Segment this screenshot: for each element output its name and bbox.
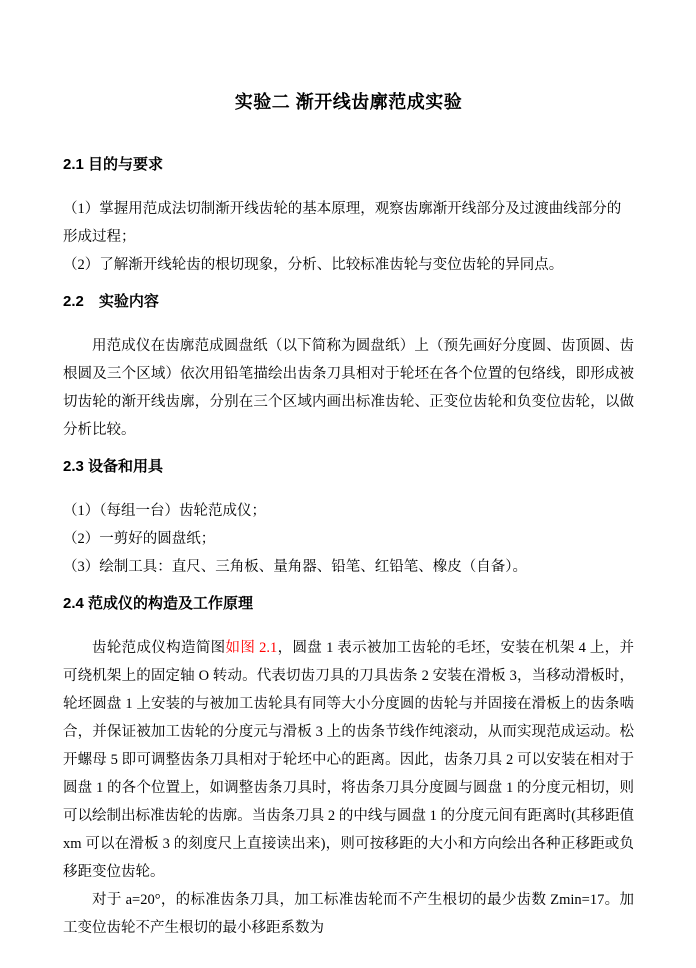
construction-paragraph-2: 对于 a=20°，的标准齿条刀具，加工标准齿轮而不产生根切的最少齿数 Zmin=… <box>63 886 634 942</box>
equipment-item-2: （2）一剪好的圆盘纸； <box>63 525 634 553</box>
section-equipment: 2.3 设备和用具 （1）（每组一台）齿轮范成仪； （2）一剪好的圆盘纸； （3… <box>63 458 634 581</box>
section-heading-objectives: 2.1 目的与要求 <box>63 156 634 173</box>
objectives-item-2: （2）了解渐开线轮齿的根切现象，分析、比较标准齿轮与变位齿轮的异同点。 <box>63 251 634 279</box>
objectives-item-1: （1）掌握用范成法切制渐开线齿轮的基本原理，观察齿廓渐开线部分及过渡曲线部分的形… <box>63 195 634 251</box>
construction-text-before-ref: 齿轮范成仪构造简图 <box>92 640 226 656</box>
section-heading-equipment: 2.3 设备和用具 <box>63 458 634 475</box>
construction-paragraph-1: 齿轮范成仪构造简图如图 2.1，圆盘 1 表示被加工齿轮的毛坯，安装在机架 4 … <box>63 634 634 886</box>
section-experiment-content: 2.2 实验内容 用范成仪在齿廓范成圆盘纸（以下简称为圆盘纸）上（预先画好分度圆… <box>63 293 634 444</box>
experiment-content-paragraph: 用范成仪在齿廓范成圆盘纸（以下简称为圆盘纸）上（预先画好分度圆、齿顶圆、齿根圆及… <box>63 332 634 444</box>
equipment-item-1: （1）（每组一台）齿轮范成仪； <box>63 497 634 525</box>
document-title: 实验二 渐开线齿廓范成实验 <box>63 92 634 112</box>
construction-text-after-ref: ，圆盘 1 表示被加工齿轮的毛坯，安装在机架 4 上，并可绕机架上的固定轴 O … <box>63 640 638 880</box>
figure-2-1-reference-link[interactable]: 如图 2.1 <box>226 640 278 656</box>
section-heading-experiment-content: 2.2 实验内容 <box>63 293 634 310</box>
section-objectives: 2.1 目的与要求 （1）掌握用范成法切制渐开线齿轮的基本原理，观察齿廓渐开线部… <box>63 156 634 279</box>
section-construction-principle: 2.4 范成仪的构造及工作原理 齿轮范成仪构造简图如图 2.1，圆盘 1 表示被… <box>63 595 634 942</box>
equipment-item-3: （3）绘制工具：直尺、三角板、量角器、铅笔、红铅笔、橡皮（自备）。 <box>63 553 634 581</box>
section-heading-construction-principle: 2.4 范成仪的构造及工作原理 <box>63 595 634 612</box>
document-page: 实验二 渐开线齿廓范成实验 2.1 目的与要求 （1）掌握用范成法切制渐开线齿轮… <box>0 0 696 968</box>
